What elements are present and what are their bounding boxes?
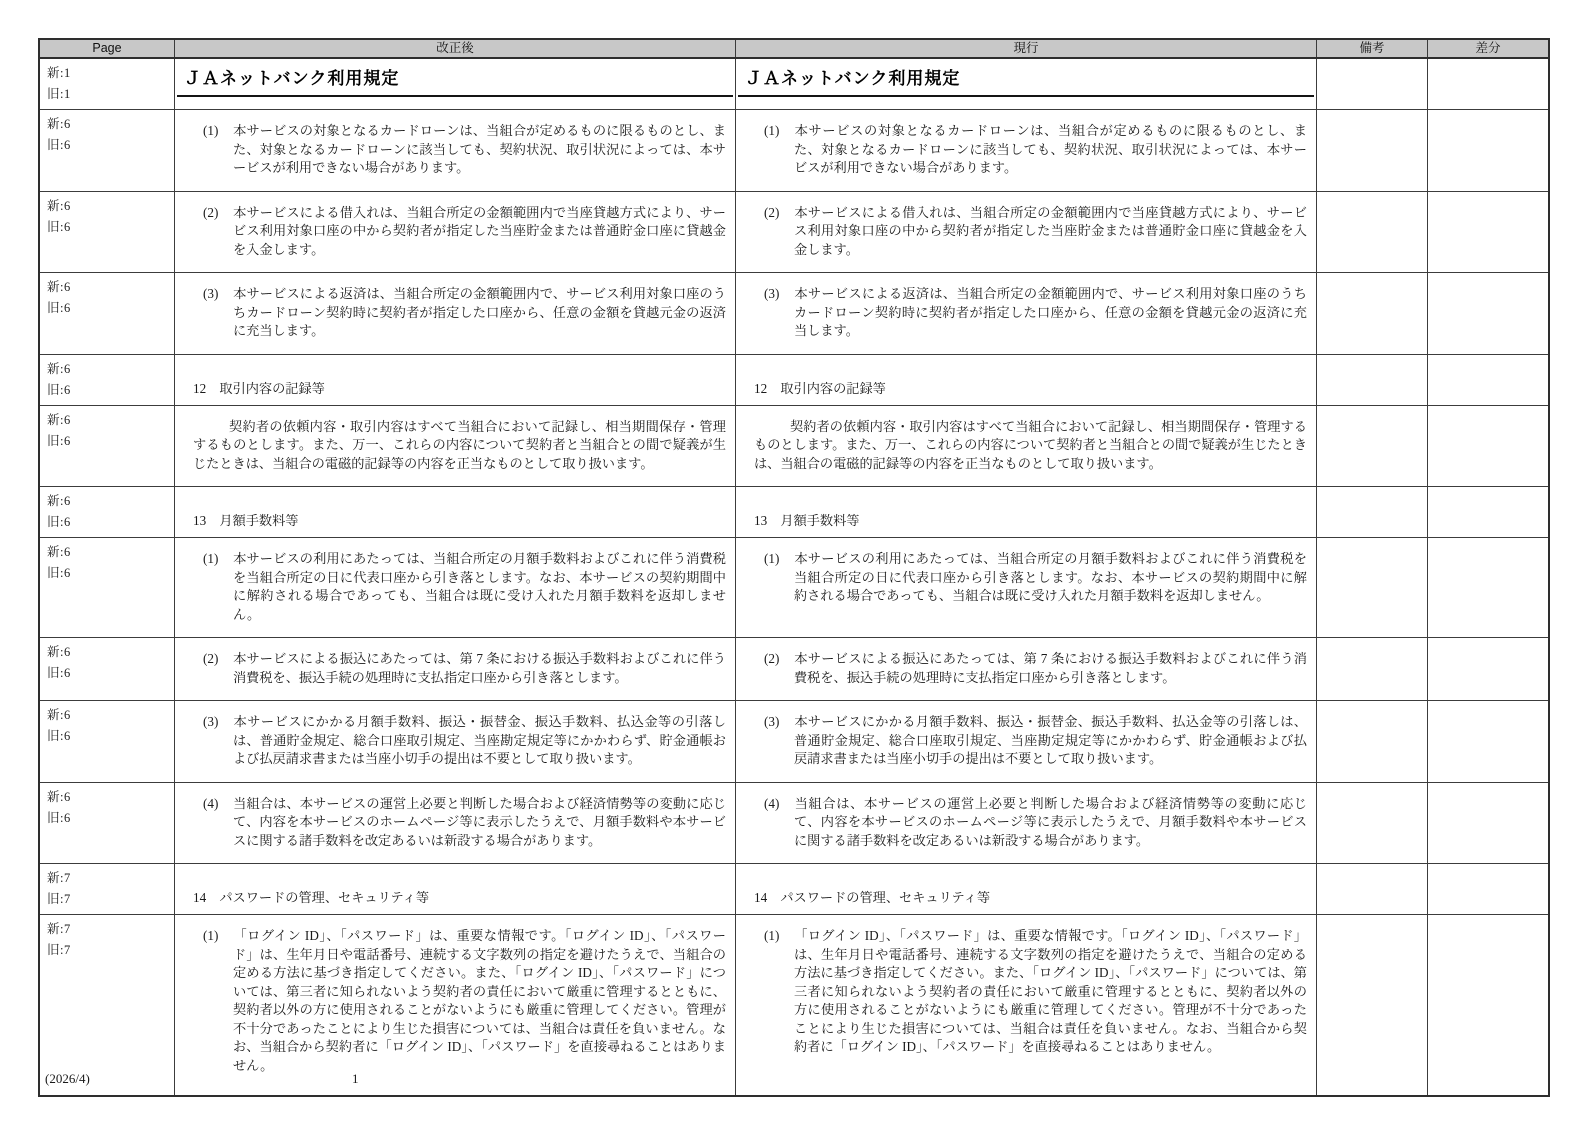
revised-cell: ＪＡネットバンク利用規定 <box>175 59 736 109</box>
page-new-label: 新:6 <box>47 196 170 217</box>
remarks-cell <box>1317 864 1428 914</box>
table-row: 新:7 旧:7 (1)「ログイン ID」、「パスワード」は、重要な情報です。「ロ… <box>40 915 1548 1095</box>
current-cell: (1)本サービスの対象となるカードローンは、当組合が定めるものに限るものとし、ま… <box>736 110 1317 191</box>
column-header-current: 現行 <box>736 40 1317 57</box>
page-old-label: 旧:7 <box>47 889 170 910</box>
remarks-cell <box>1317 915 1428 1095</box>
clause-number: (1) <box>764 927 794 946</box>
clause-number: (1) <box>203 550 233 569</box>
page-cell: 新:6 旧:6 <box>40 487 175 537</box>
page-new-label: 新:6 <box>47 542 170 563</box>
clause-number: (3) <box>203 285 233 304</box>
page-old-label: 旧:6 <box>47 563 170 584</box>
page-old-label: 旧:6 <box>47 808 170 829</box>
table-body: 新:1 旧:1 ＪＡネットバンク利用規定 ＪＡネットバンク利用規定 新:6 旧:… <box>40 59 1548 1095</box>
page-cell: 新:6 旧:6 <box>40 538 175 637</box>
revised-cell: 12 取引内容の記録等 <box>175 355 736 405</box>
remarks-cell <box>1317 59 1428 109</box>
revised-cell: (2)本サービスによる借入れは、当組合所定の金額範囲内で当座貸越方式により、サー… <box>175 192 736 273</box>
clause-number: (3) <box>203 713 233 732</box>
current-cell: (2)本サービスによる借入れは、当組合所定の金額範囲内で当座貸越方式により、サー… <box>736 192 1317 273</box>
current-cell: (3)本サービスによる返済は、当組合所定の金額範囲内で、サービス利用対象口座のう… <box>736 273 1317 354</box>
clause-paragraph: (2)本サービスによる振込にあたっては、第 7 条における振込手数料およびこれに… <box>193 650 726 687</box>
comparison-table: Page 改正後 現行 備考 差分 新:1 旧:1 ＪＡネットバンク利用規定 Ｊ… <box>38 38 1550 1097</box>
diff-cell <box>1428 110 1548 191</box>
clause-number: (2) <box>203 650 233 669</box>
clause-number: (2) <box>764 204 794 223</box>
table-row: 新:6 旧:6 12 取引内容の記録等 12 取引内容の記録等 <box>40 355 1548 406</box>
revised-cell: 13 月額手数料等 <box>175 487 736 537</box>
clause-paragraph: (1)「ログイン ID」、「パスワード」は、重要な情報です。「ログイン ID」、… <box>193 927 726 1075</box>
clause-number: (3) <box>764 285 794 304</box>
document-title: ＪＡネットバンク利用規定 <box>738 66 1314 97</box>
clause-number: (4) <box>203 795 233 814</box>
diff-cell <box>1428 192 1548 273</box>
revised-cell: (1)「ログイン ID」、「パスワード」は、重要な情報です。「ログイン ID」、… <box>175 915 736 1095</box>
page-new-label: 新:6 <box>47 410 170 431</box>
page-cell: 新:6 旧:6 <box>40 406 175 487</box>
diff-cell <box>1428 406 1548 487</box>
page-cell: 新:7 旧:7 <box>40 915 175 1095</box>
revised-cell: (3)本サービスによる返済は、当組合所定の金額範囲内で、サービス利用対象口座のう… <box>175 273 736 354</box>
table-row: 新:6 旧:6 (3)本サービスにかかる月額手数料、振込・振替金、振込手数料、払… <box>40 701 1548 783</box>
page-cell: 新:6 旧:6 <box>40 273 175 354</box>
clause-number: (1) <box>764 550 794 569</box>
revised-cell: (1)本サービスの利用にあたっては、当組合所定の月額手数料およびこれに伴う消費税… <box>175 538 736 637</box>
page-old-label: 旧:6 <box>47 298 170 319</box>
current-cell: (4)当組合は、本サービスの運営上必要と判断した場合および経済情勢等の変動に応じ… <box>736 783 1317 864</box>
page-cell: 新:1 旧:1 <box>40 59 175 109</box>
current-cell: 13 月額手数料等 <box>736 487 1317 537</box>
page-old-label: 旧:7 <box>47 940 170 961</box>
clause-number: (1) <box>764 122 794 141</box>
clause-number: (2) <box>203 204 233 223</box>
page-old-label: 旧:6 <box>47 135 170 156</box>
remarks-cell <box>1317 783 1428 864</box>
remarks-cell <box>1317 355 1428 405</box>
clause-paragraph: (1)本サービスの対象となるカードローンは、当組合が定めるものに限るものとし、ま… <box>193 122 726 178</box>
current-cell: (3)本サービスにかかる月額手数料、振込・振替金、振込手数料、払込金等の引落しは… <box>736 701 1317 782</box>
remarks-cell <box>1317 487 1428 537</box>
column-header-revised: 改正後 <box>175 40 736 57</box>
page-cell: 新:7 旧:7 <box>40 864 175 914</box>
revised-cell: (3)本サービスにかかる月額手数料、振込・振替金、振込手数料、払込金等の引落しは… <box>175 701 736 782</box>
page-new-label: 新:7 <box>47 919 170 940</box>
remarks-cell <box>1317 406 1428 487</box>
clause-paragraph: (3)本サービスによる返済は、当組合所定の金額範囲内で、サービス利用対象口座のう… <box>193 285 726 341</box>
footer-page-number: 1 <box>352 1070 359 1088</box>
current-cell: ＪＡネットバンク利用規定 <box>736 59 1317 109</box>
section-heading: 12 取引内容の記録等 <box>754 380 886 398</box>
remarks-cell <box>1317 538 1428 637</box>
revised-cell: (4)当組合は、本サービスの運営上必要と判断した場合および経済情勢等の変動に応じ… <box>175 783 736 864</box>
clause-paragraph: (4)当組合は、本サービスの運営上必要と判断した場合および経済情勢等の変動に応じ… <box>193 795 726 851</box>
revised-cell: 14 パスワードの管理、セキュリティ等 <box>175 864 736 914</box>
clause-number: (2) <box>764 650 794 669</box>
page-new-label: 新:6 <box>47 642 170 663</box>
column-header-page: Page <box>40 40 175 57</box>
page-new-label: 新:1 <box>47 63 170 84</box>
clause-number: (3) <box>764 713 794 732</box>
revised-cell: (1)本サービスの対象となるカードローンは、当組合が定めるものに限るものとし、ま… <box>175 110 736 191</box>
section-heading: 12 取引内容の記録等 <box>193 380 325 398</box>
page-new-label: 新:6 <box>47 491 170 512</box>
section-heading: 13 月額手数料等 <box>193 512 299 530</box>
current-cell: (1)本サービスの利用にあたっては、当組合所定の月額手数料およびこれに伴う消費税… <box>736 538 1317 637</box>
page-new-label: 新:6 <box>47 114 170 135</box>
remarks-cell <box>1317 273 1428 354</box>
table-header-row: Page 改正後 現行 備考 差分 <box>40 40 1548 59</box>
clause-paragraph: (2)本サービスによる振込にあたっては、第 7 条における振込手数料およびこれに… <box>754 650 1307 687</box>
body-paragraph: 契約者の依頼内容・取引内容はすべて当組合において記録し、相当期間保存・管理するも… <box>193 418 726 474</box>
clause-paragraph: (1)「ログイン ID」、「パスワード」は、重要な情報です。「ログイン ID」、… <box>754 927 1307 1057</box>
current-cell: (1)「ログイン ID」、「パスワード」は、重要な情報です。「ログイン ID」、… <box>736 915 1317 1095</box>
column-header-remarks: 備考 <box>1317 40 1428 57</box>
remarks-cell <box>1317 638 1428 700</box>
clause-paragraph: (3)本サービスによる返済は、当組合所定の金額範囲内で、サービス利用対象口座のう… <box>754 285 1307 341</box>
table-row: 新:7 旧:7 14 パスワードの管理、セキュリティ等 14 パスワードの管理、… <box>40 864 1548 915</box>
clause-paragraph: (1)本サービスの利用にあたっては、当組合所定の月額手数料およびこれに伴う消費税… <box>193 550 726 624</box>
page-new-label: 新:6 <box>47 277 170 298</box>
clause-number: (4) <box>764 795 794 814</box>
section-heading: 14 パスワードの管理、セキュリティ等 <box>754 889 990 907</box>
revised-cell: 契約者の依頼内容・取引内容はすべて当組合において記録し、相当期間保存・管理するも… <box>175 406 736 487</box>
clause-number: (1) <box>203 122 233 141</box>
current-cell: 契約者の依頼内容・取引内容はすべて当組合において記録し、相当期間保存・管理するも… <box>736 406 1317 487</box>
body-paragraph: 契約者の依頼内容・取引内容はすべて当組合において記録し、相当期間保存・管理するも… <box>754 418 1307 474</box>
remarks-cell <box>1317 192 1428 273</box>
section-heading: 13 月額手数料等 <box>754 512 860 530</box>
table-row: 新:6 旧:6 (2)本サービスによる借入れは、当組合所定の金額範囲内で当座貸越… <box>40 192 1548 274</box>
page-cell: 新:6 旧:6 <box>40 638 175 700</box>
page-old-label: 旧:6 <box>47 663 170 684</box>
table-row: 新:6 旧:6 (1)本サービスの対象となるカードローンは、当組合が定めるものに… <box>40 110 1548 192</box>
clause-paragraph: (1)本サービスの利用にあたっては、当組合所定の月額手数料およびこれに伴う消費税… <box>754 550 1307 606</box>
page-cell: 新:6 旧:6 <box>40 110 175 191</box>
clause-paragraph: (4)当組合は、本サービスの運営上必要と判断した場合および経済情勢等の変動に応じ… <box>754 795 1307 851</box>
table-row: 新:6 旧:6 契約者の依頼内容・取引内容はすべて当組合において記録し、相当期間… <box>40 406 1548 488</box>
page-cell: 新:6 旧:6 <box>40 192 175 273</box>
page-old-label: 旧:6 <box>47 726 170 747</box>
current-cell: 14 パスワードの管理、セキュリティ等 <box>736 864 1317 914</box>
diff-cell <box>1428 701 1548 782</box>
clause-paragraph: (2)本サービスによる借入れは、当組合所定の金額範囲内で当座貸越方式により、サー… <box>754 204 1307 260</box>
table-row: 新:6 旧:6 (2)本サービスによる振込にあたっては、第 7 条における振込手… <box>40 638 1548 701</box>
page-new-label: 新:6 <box>47 787 170 808</box>
diff-cell <box>1428 538 1548 637</box>
table-row: 新:6 旧:6 (3)本サービスによる返済は、当組合所定の金額範囲内で、サービス… <box>40 273 1548 355</box>
revised-cell: (2)本サービスによる振込にあたっては、第 7 条における振込手数料およびこれに… <box>175 638 736 700</box>
page-old-label: 旧:6 <box>47 431 170 452</box>
table-row: 新:1 旧:1 ＪＡネットバンク利用規定 ＪＡネットバンク利用規定 <box>40 59 1548 110</box>
page-cell: 新:6 旧:6 <box>40 355 175 405</box>
footer-edition-label: (2026/4) <box>45 1070 90 1088</box>
page-new-label: 新:6 <box>47 705 170 726</box>
column-header-diff: 差分 <box>1428 40 1548 57</box>
diff-cell <box>1428 487 1548 537</box>
diff-cell <box>1428 638 1548 700</box>
clause-paragraph: (1)本サービスの対象となるカードローンは、当組合が定めるものに限るものとし、ま… <box>754 122 1307 178</box>
remarks-cell <box>1317 701 1428 782</box>
clause-number: (1) <box>203 927 233 946</box>
diff-cell <box>1428 273 1548 354</box>
section-heading: 14 パスワードの管理、セキュリティ等 <box>193 889 429 907</box>
page-new-label: 新:6 <box>47 359 170 380</box>
page-cell: 新:6 旧:6 <box>40 783 175 864</box>
diff-cell <box>1428 915 1548 1095</box>
page-cell: 新:6 旧:6 <box>40 701 175 782</box>
page-new-label: 新:7 <box>47 868 170 889</box>
clause-paragraph: (3)本サービスにかかる月額手数料、振込・振替金、振込手数料、払込金等の引落しは… <box>754 713 1307 769</box>
diff-cell <box>1428 783 1548 864</box>
table-row: 新:6 旧:6 (4)当組合は、本サービスの運営上必要と判断した場合および経済情… <box>40 783 1548 865</box>
document-title: ＪＡネットバンク利用規定 <box>177 66 733 97</box>
table-row: 新:6 旧:6 (1)本サービスの利用にあたっては、当組合所定の月額手数料および… <box>40 538 1548 638</box>
document-page: Page 改正後 現行 備考 差分 新:1 旧:1 ＪＡネットバンク利用規定 Ｊ… <box>0 0 1587 1123</box>
table-row: 新:6 旧:6 13 月額手数料等 13 月額手数料等 <box>40 487 1548 538</box>
page-old-label: 旧:6 <box>47 217 170 238</box>
page-old-label: 旧:6 <box>47 512 170 533</box>
page-old-label: 旧:6 <box>47 380 170 401</box>
clause-paragraph: (3)本サービスにかかる月額手数料、振込・振替金、振込手数料、払込金等の引落しは… <box>193 713 726 769</box>
current-cell: 12 取引内容の記録等 <box>736 355 1317 405</box>
page-old-label: 旧:1 <box>47 84 170 105</box>
diff-cell <box>1428 355 1548 405</box>
diff-cell <box>1428 864 1548 914</box>
clause-paragraph: (2)本サービスによる借入れは、当組合所定の金額範囲内で当座貸越方式により、サー… <box>193 204 726 260</box>
remarks-cell <box>1317 110 1428 191</box>
current-cell: (2)本サービスによる振込にあたっては、第 7 条における振込手数料およびこれに… <box>736 638 1317 700</box>
diff-cell <box>1428 59 1548 109</box>
